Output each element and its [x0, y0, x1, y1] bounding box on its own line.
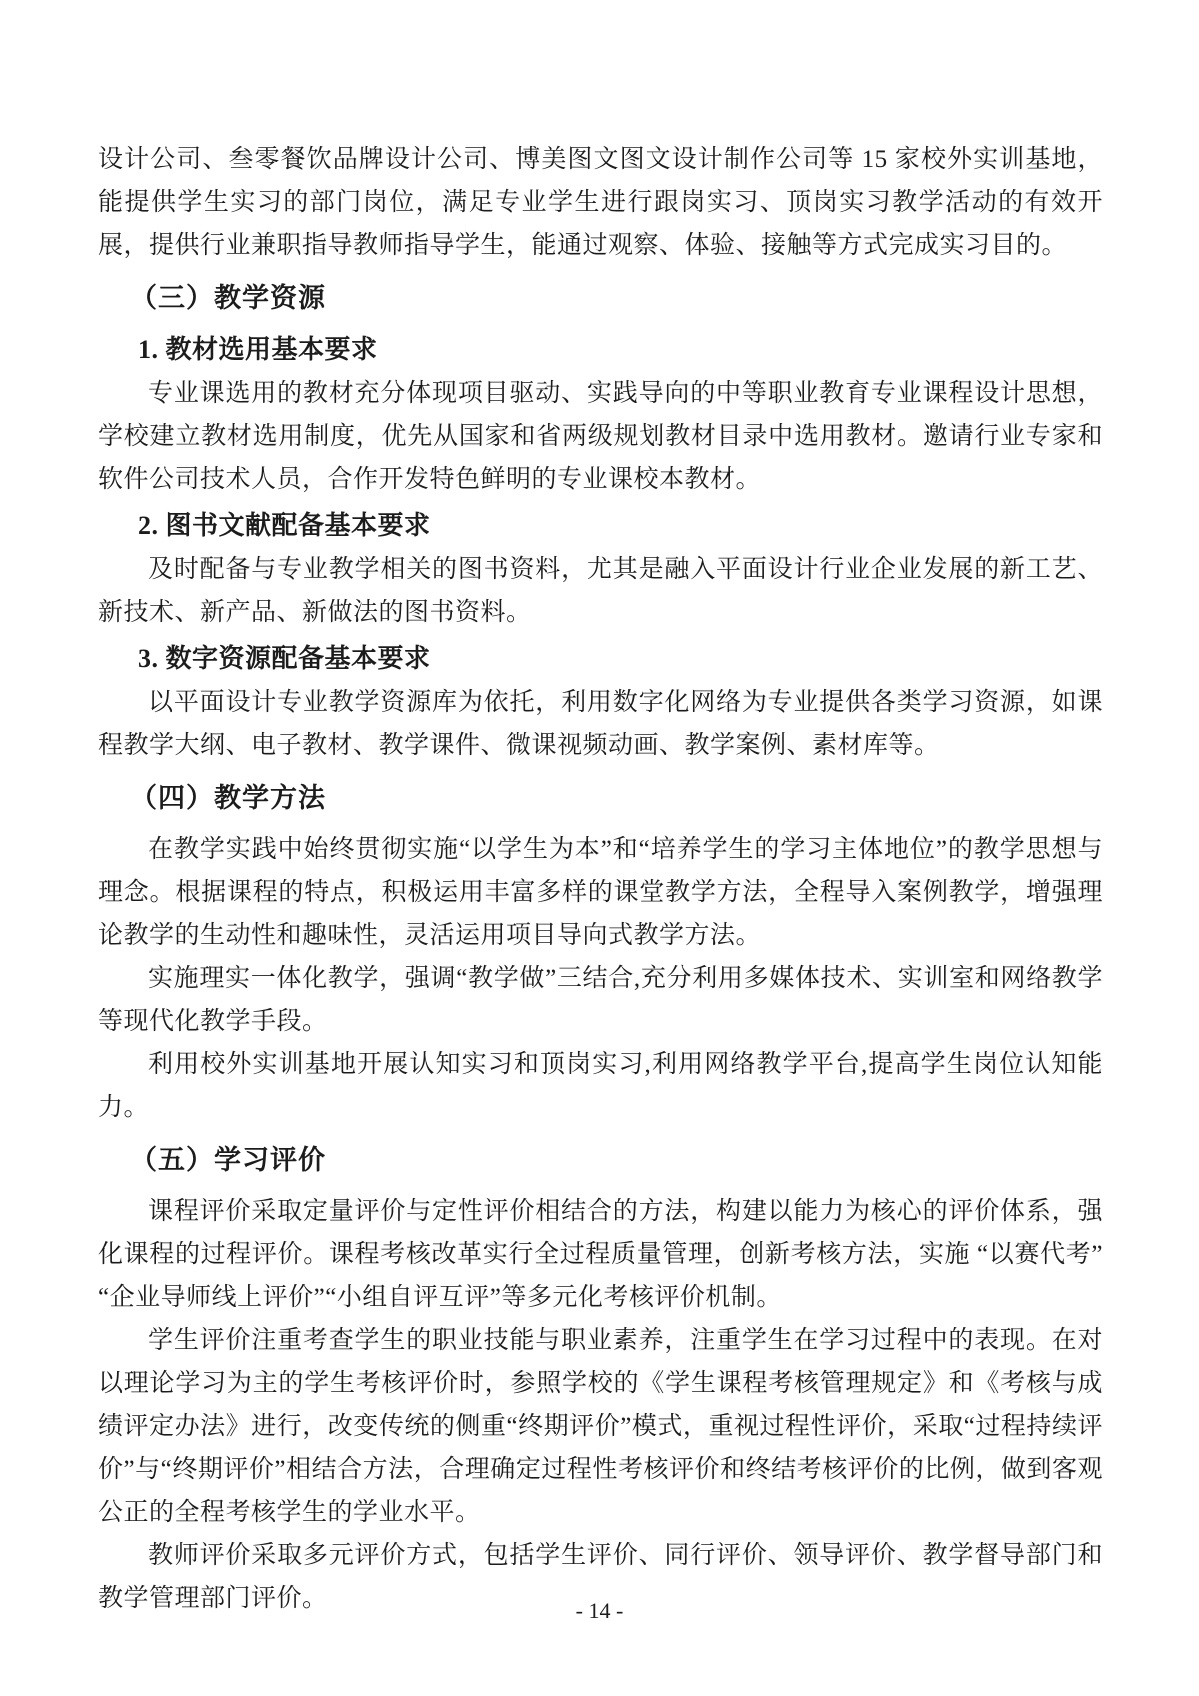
document-content: 设计公司、叁零餐饮品牌设计公司、博美图文图文设计制作公司等 15 家校外实训基地…	[98, 138, 1103, 1620]
body-paragraph: 专业课选用的教材充分体现项目驱动、实践导向的中等职业教育专业课程设计思想，学校建…	[98, 372, 1103, 501]
body-paragraph: 学生评价注重考查学生的职业技能与职业素养，注重学生在学习过程中的表现。在对以理论…	[98, 1319, 1103, 1534]
body-paragraph: 及时配备与专业教学相关的图书资料，尤其是融入平面设计行业企业发展的新工艺、新技术…	[98, 548, 1103, 634]
body-paragraph: 以平面设计专业教学资源库为依托，利用数字化网络为专业提供各类学习资源，如课程教学…	[98, 681, 1103, 767]
section-heading: （三）教学资源	[98, 277, 1103, 320]
body-paragraph: 实施理实一体化教学，强调“教学做”三结合,充分利用多媒体技术、实训室和网络教学等…	[98, 957, 1103, 1043]
body-paragraph: 在教学实践中始终贯彻实施“以学生为本”和“培养学生的学习主体地位”的教学思想与理…	[98, 828, 1103, 957]
body-paragraph: 设计公司、叁零餐饮品牌设计公司、博美图文图文设计制作公司等 15 家校外实训基地…	[98, 138, 1103, 267]
page-number: - 14 -	[0, 1598, 1199, 1624]
sub-heading: 1. 教材选用基本要求	[98, 328, 1103, 371]
sub-heading: 3. 数字资源配备基本要求	[98, 637, 1103, 680]
section-heading: （五）学习评价	[98, 1139, 1103, 1182]
sub-heading: 2. 图书文献配备基本要求	[98, 504, 1103, 547]
section-heading: （四）教学方法	[98, 777, 1103, 820]
document-page: 设计公司、叁零餐饮品牌设计公司、博美图文图文设计制作公司等 15 家校外实训基地…	[0, 0, 1199, 1696]
body-paragraph: 利用校外实训基地开展认知实习和顶岗实习,利用网络教学平台,提高学生岗位认知能力。	[98, 1043, 1103, 1129]
body-paragraph: 课程评价采取定量评价与定性评价相结合的方法，构建以能力为核心的评价体系，强化课程…	[98, 1190, 1103, 1319]
